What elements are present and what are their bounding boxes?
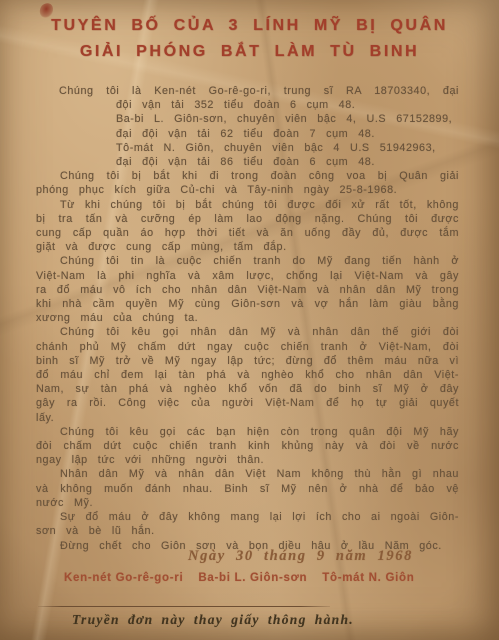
- paragraph-treatment: Từ khi chúng tôi bị bắt chúng tôi được đ…: [36, 198, 459, 255]
- prisoner-1-statement: Chúng tôi là Ken-nét Go-rê-go-ri, trung …: [36, 84, 459, 112]
- paragraph-appeal-soldiers: Chúng tôi kêu gọi các bạn hiện còn trong…: [36, 425, 459, 468]
- prisoner-2-statement: Ba-bi L. Giôn-sơn, chuyên viên bậc 4, U.…: [36, 112, 459, 140]
- paragraph-no-hatred: Nhân dân Mỹ và nhân dân Việt Nam không t…: [36, 467, 459, 510]
- signature-name-1: Ken-nét Go-rê-go-ri: [64, 572, 183, 584]
- footer-note: Truyền đơn này thay giấy thông hành.: [72, 612, 354, 628]
- leaflet-title: TUYÊN BỐ CỦA 3 LÍNH MỸ BỊ QUÂN GIẢI PHÓN…: [20, 13, 479, 65]
- paragraph-capture: Chúng tôi bị bắt khi đi trong đoàn công …: [36, 169, 459, 197]
- leaflet-page: TUYÊN BỐ CỦA 3 LÍNH MỸ BỊ QUÂN GIẢI PHÓN…: [0, 0, 499, 640]
- leaflet-body: Chúng tôi là Ken-nét Go-rê-go-ri, trung …: [36, 84, 459, 553]
- divider-line: [38, 606, 330, 607]
- title-line-1: TUYÊN BỐ CỦA 3 LÍNH MỸ BỊ QUÂN: [20, 13, 479, 39]
- title-line-2: GIẢI PHÓNG BẮT LÀM TÙ BINH: [20, 39, 479, 65]
- signature-name-3: Tô-mát N. Giôn: [322, 572, 414, 584]
- signature-line: Ken-nét Go-rê-go-ri Ba-bi L. Giôn-sơn Tô…: [64, 572, 414, 584]
- paragraph-appeal-people: Chúng tôi kêu gọi nhân dân Mỹ và nhân dâ…: [36, 325, 459, 424]
- paragraph-war-unjust: Chúng tôi tin là cuộc chiến tranh do Mỹ …: [36, 254, 459, 325]
- prisoner-3-statement: Tô-mát N. Giôn, chuyên viên bậc 4 U.S 51…: [36, 141, 459, 169]
- signature-name-2: Ba-bi L. Giôn-sơn: [198, 572, 307, 584]
- date-line: Ngày 30 tháng 9 năm 1968: [188, 548, 413, 565]
- paragraph-bloodshed: Sự đổ máu ở đây không mang lại lợi ích c…: [36, 510, 459, 538]
